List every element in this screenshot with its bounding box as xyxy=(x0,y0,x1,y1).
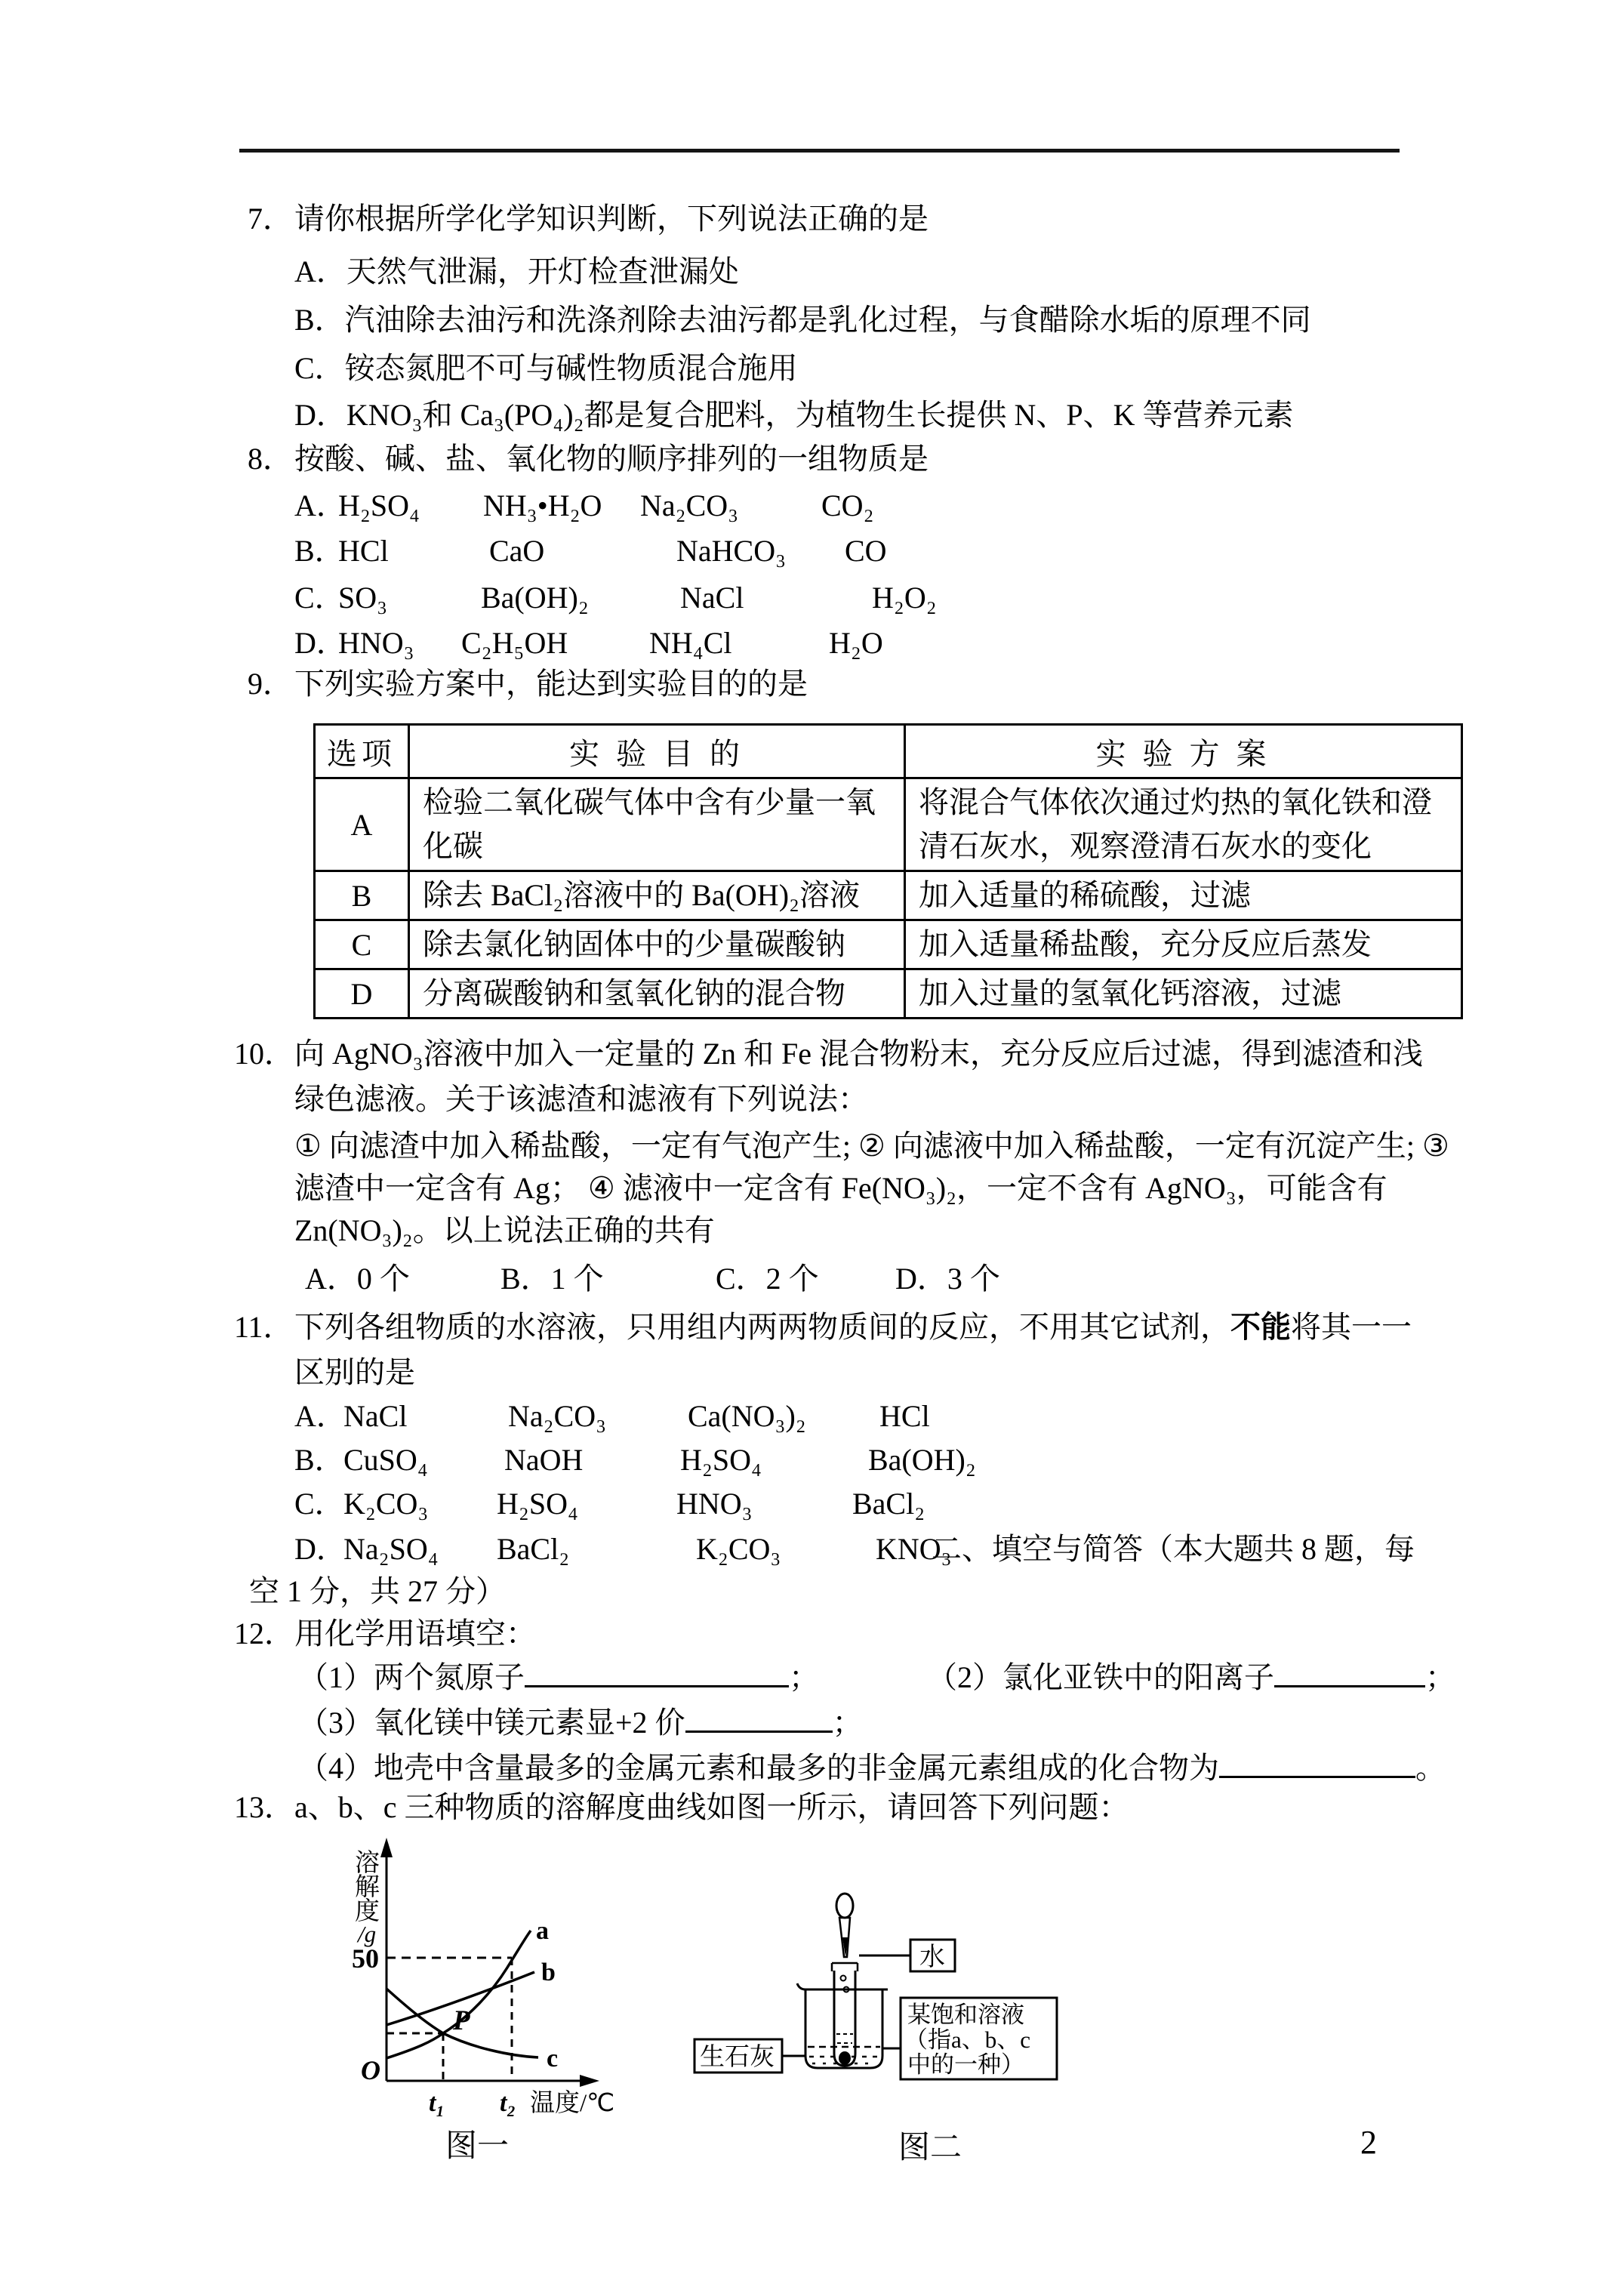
y-axis-label-char2: 解 xyxy=(355,1873,380,1901)
figure1-solubility-chart: 溶 解 度 /g 50 a b c P O t₁ t₂ 温度/℃ 图一 xyxy=(332,1827,649,2167)
q9-row-b-plan: 加入适量的稀硫酸，过滤 xyxy=(905,871,1462,920)
q9-row-a-purpose-l2: 化碳 xyxy=(423,824,893,868)
q9-row-a-plan: 将混合气体依次通过灼热的氧化铁和澄 清石灰水，观察澄清石灰水的变化 xyxy=(905,778,1462,871)
q12-item1-blank xyxy=(525,1655,789,1687)
formula: H₂SO₄ xyxy=(338,485,420,527)
q9-row-d-purpose: 分离碳酸钠和氢氧化钠的混合物 xyxy=(409,969,905,1019)
q9-table-header-row: 选项 实 验 目 的 实 验 方 案 xyxy=(315,725,1462,778)
formula: C₂H₅OH xyxy=(461,622,568,664)
formula: BaCl₂ xyxy=(852,1483,925,1525)
q9-stem: 下列实验方案中，能达到实验目的的是 xyxy=(294,663,808,705)
q9-row-a-plan-l2: 清石灰水，观察澄清石灰水的变化 xyxy=(919,824,1450,868)
formula: K₂CO₃ xyxy=(343,1483,428,1525)
q12-item2: （2）氯化亚铁中的阳离子； xyxy=(927,1655,1455,1699)
q10-l2-text: 绿色滤液。关于该滤渣和滤液有下列说法： xyxy=(294,1078,868,1120)
water-label: 水 xyxy=(919,1943,945,1971)
q9-row-b: B 除去 BaCl₂溶液中的 Ba(OH)₂溶液 加入适量的稀硫酸，过滤 xyxy=(315,871,1462,920)
q12-item4-punct: 。 xyxy=(1415,1751,1446,1785)
q12-item1: （1）两个氮原子； xyxy=(298,1655,819,1699)
q12-item1-label: （1）两个氮原子 xyxy=(298,1660,525,1694)
formula: NH₄Cl xyxy=(649,622,732,664)
q9-row-d: D 分离碳酸钠和氢氧化钠的混合物 加入过量的氢氧化钙溶液，过滤 xyxy=(315,969,1462,1019)
formula: Ba(OH)₂ xyxy=(868,1439,976,1481)
q7-option-d-text: D．KNO₃和 Ca₃(PO₄)₂都是复合肥料，为植物生长提供 N、P、K 等营… xyxy=(294,394,1294,436)
formula: CO₂ xyxy=(821,485,874,527)
q10-option-d: D．3 个 xyxy=(895,1258,1000,1300)
point-p-label: P xyxy=(452,2005,470,2036)
q12-item3: （3）氧化镁中镁元素显+2 价； xyxy=(298,1700,863,1744)
formula: Ba(OH)₂ xyxy=(481,577,589,619)
formula: BaCl₂ xyxy=(497,1528,569,1570)
q12-item2-blank xyxy=(1274,1655,1425,1687)
q7-option-a-text: A．天然气泄漏，开灯检查泄漏处 xyxy=(294,251,739,293)
figure2-caption: 图二 xyxy=(898,2131,962,2165)
formula: CO xyxy=(845,530,887,572)
formula: SO₃ xyxy=(338,577,387,619)
formula: CuSO₄ xyxy=(343,1439,428,1481)
q9-th-purpose: 实 验 目 的 xyxy=(409,725,905,778)
q11-a-label: A． xyxy=(294,1395,346,1438)
q9-th-plan: 实 验 方 案 xyxy=(905,725,1462,778)
q9-row-c-plan: 加入适量稀盐酸，充分反应后蒸发 xyxy=(905,920,1462,969)
page-number: 2 xyxy=(1360,2123,1377,2162)
origin-label: O xyxy=(361,2055,380,2085)
q7-stem: 请你根据所学化学知识判断，下列说法正确的是 xyxy=(294,198,929,240)
q12-item4-label: （4）地壳中含量最多的金属元素和最多的非金属元素组成的化合物为 xyxy=(298,1751,1219,1785)
formula: NaCl xyxy=(680,577,744,619)
exam-page: 7． 请你根据所学化学知识判断，下列说法正确的是 A．天然气泄漏，开灯检查泄漏处… xyxy=(0,0,1623,2296)
q12-stem: 用化学用语填空： xyxy=(294,1613,536,1655)
formula: H₂O₂ xyxy=(872,577,937,619)
curve-b-label: b xyxy=(541,1959,556,1986)
q9-table: 选项 实 验 目 的 实 验 方 案 A 检验二氧化碳气体中含有少量一氧 化碳 … xyxy=(313,723,1463,1019)
y-tick-50: 50 xyxy=(352,1943,379,1974)
q11-stem: 下列各组物质的水溶液，只用组内两两物质间的反应，不用其它试剂，不能将其一一 xyxy=(294,1306,1412,1348)
q9-row-a-purpose-l1: 检验二氧化碳气体中含有少量一氧 xyxy=(423,781,893,824)
q10-l1-text: 向 AgNO₃溶液中加入一定量的 Zn 和 Fe 混合物粉末，充分反应后过滤，得… xyxy=(294,1033,1423,1075)
q9-row-a-purpose: 检验二氧化碳气体中含有少量一氧 化碳 xyxy=(409,778,905,871)
y-axis-label-char1: 溶 xyxy=(355,1849,380,1877)
q10-l5-text: Zn(NO₃)₂。以上说法正确的共有 xyxy=(294,1210,715,1252)
x-axis-arrow xyxy=(580,2075,599,2087)
q7-option-b-text: B．汽油除去油污和洗涤剂除去油污都是乳化过程，与食醋除水垢的原理不同 xyxy=(294,299,1311,341)
q12-number: 12． xyxy=(234,1613,294,1655)
solution-label-l1: 某饱和溶液 xyxy=(907,2002,1024,2028)
figure2-apparatus: 水 生石灰 某饱和溶液 （指a、b、c 中的一种） 图二 xyxy=(664,1872,1087,2174)
q9-row-c: C 除去氯化钠固体中的少量碳酸钠 加入适量稀盐酸，充分反应后蒸发 xyxy=(315,920,1462,969)
q12-item3-blank xyxy=(685,1700,833,1733)
q8-stem: 按酸、碱、盐、氧化物的顺序排列的一组物质是 xyxy=(294,438,929,480)
curve-a-label: a xyxy=(536,1917,549,1945)
q11-d-label: D． xyxy=(294,1528,346,1570)
formula: NaHCO₃ xyxy=(676,530,786,572)
q12-item3-label: （3）氧化镁中镁元素显+2 价 xyxy=(298,1706,685,1740)
x-axis-label: 温度/℃ xyxy=(530,2089,614,2117)
q9-row-c-purpose: 除去氯化钠固体中的少量碳酸钠 xyxy=(409,920,905,969)
q10-l3-text: ① 向滤渣中加入稀盐酸，一定有气泡产生; ② 向滤液中加入稀盐酸，一定有沉淀产生… xyxy=(294,1125,1449,1167)
solution-label-l3: 中的一种） xyxy=(907,2051,1024,2078)
q11-number: 11． xyxy=(234,1306,294,1348)
q13-number: 13． xyxy=(234,1786,294,1829)
formula: Na₂SO₄ xyxy=(343,1528,439,1570)
q11-c-label: C． xyxy=(294,1483,345,1525)
q9-row-b-purpose: 除去 BaCl₂溶液中的 Ba(OH)₂溶液 xyxy=(409,871,905,920)
q9-row-a: A 检验二氧化碳气体中含有少量一氧 化碳 将混合气体依次通过灼热的氧化铁和澄 清… xyxy=(315,778,1462,871)
q7-number: 7． xyxy=(248,198,293,240)
y-axis-arrow xyxy=(380,1838,393,1857)
q11-b-label: B． xyxy=(294,1439,345,1481)
formula: NH₃•H₂O xyxy=(483,485,602,527)
q12-item4: （4）地壳中含量最多的金属元素和最多的非金属元素组成的化合物为。 xyxy=(298,1746,1446,1789)
q9-row-a-plan-l1: 将混合气体依次通过灼热的氧化铁和澄 xyxy=(919,781,1450,824)
figure1-caption: 图一 xyxy=(445,2129,509,2164)
q10-option-b: B．1 个 xyxy=(500,1258,604,1300)
q10-l4-text: 滤渣中一定含有 Ag； ④ 滤液中一定含有 Fe(NO₃)₂，一定不含有 AgN… xyxy=(294,1167,1387,1210)
q9-th-option: 选项 xyxy=(315,725,409,778)
q12-item2-punct: ； xyxy=(1425,1660,1455,1694)
q11-stem-bold: 不能 xyxy=(1230,1310,1291,1344)
formula: HNO₃ xyxy=(338,622,414,664)
q13-stem: a、b、c 三种物质的溶解度曲线如图一所示，请回答下列问题： xyxy=(294,1786,1129,1829)
formula: H₂O xyxy=(829,622,883,664)
test-tube-lip xyxy=(832,1963,858,1971)
q11-stem-part1: 下列各组物质的水溶液，只用组内两两物质间的反应，不用其它试剂， xyxy=(294,1310,1230,1344)
formula: NaOH xyxy=(504,1439,583,1481)
formula: Na₂CO₃ xyxy=(508,1395,606,1438)
q11-stem-part2: 将其一一 xyxy=(1291,1310,1412,1344)
formula: H₂SO₄ xyxy=(497,1483,578,1525)
q8-number: 8． xyxy=(248,438,293,480)
formula: HCl xyxy=(879,1395,930,1438)
formula: HNO₃ xyxy=(676,1483,753,1525)
curve-c-label: c xyxy=(547,2045,558,2073)
quicklime-label: 生石灰 xyxy=(700,2043,775,2071)
formula: Na₂CO₃ xyxy=(640,485,738,527)
formula: CaO xyxy=(489,530,544,572)
tube-liquid-dashes xyxy=(836,2034,853,2043)
q13-stem-line: 13． a、b、c 三种物质的溶解度曲线如图一所示，请回答下列问题： xyxy=(0,0,1623,42)
dropper-bulb-icon xyxy=(836,1894,853,1918)
q12-item3-punct: ； xyxy=(833,1706,863,1740)
x-tick-t2: t₂ xyxy=(500,2089,516,2117)
q12-item1-punct: ； xyxy=(789,1660,819,1694)
q7-option-c-text: C．铵态氮肥不可与碱性物质混合施用 xyxy=(294,347,798,390)
q8-b-label: B． xyxy=(294,530,345,572)
formula: Ca(NO₃)₂ xyxy=(688,1395,806,1438)
q12-item4-blank xyxy=(1219,1746,1415,1778)
formula: NaCl xyxy=(343,1395,407,1438)
section2-title-inline: 二、填空与简答（本大题共 8 题，每 xyxy=(932,1528,1415,1570)
q9-row-c-opt: C xyxy=(315,920,409,969)
q10-option-c: C．2 个 xyxy=(716,1258,819,1300)
q11-stem2-text: 区别的是 xyxy=(294,1351,415,1394)
bubble-icon xyxy=(841,1976,846,1981)
beaker-rim xyxy=(797,1983,888,1989)
q8-c-label: C． xyxy=(294,577,345,619)
q9-row-b-opt: B xyxy=(315,871,409,920)
x-tick-t1: t₁ xyxy=(429,2089,445,2117)
q9-row-d-plan: 加入过量的氢氧化钙溶液，过滤 xyxy=(905,969,1462,1019)
q10-option-a: A．0 个 xyxy=(305,1258,410,1300)
section2-cont-text: 空 1 分，共 27 分） xyxy=(249,1570,506,1613)
formula: HCl xyxy=(338,530,389,572)
q10-number: 10． xyxy=(234,1033,294,1075)
q9-number: 9． xyxy=(248,663,293,705)
formula: H₂SO₄ xyxy=(680,1439,762,1481)
solution-label-l2: （指a、b、c xyxy=(904,2026,1030,2053)
q9-row-a-opt: A xyxy=(315,778,409,871)
q12-item2-label: （2）氯化亚铁中的阳离子 xyxy=(927,1660,1274,1694)
formula: K₂CO₃ xyxy=(696,1528,781,1570)
top-rule xyxy=(239,149,1400,153)
q9-row-d-opt: D xyxy=(315,969,409,1019)
